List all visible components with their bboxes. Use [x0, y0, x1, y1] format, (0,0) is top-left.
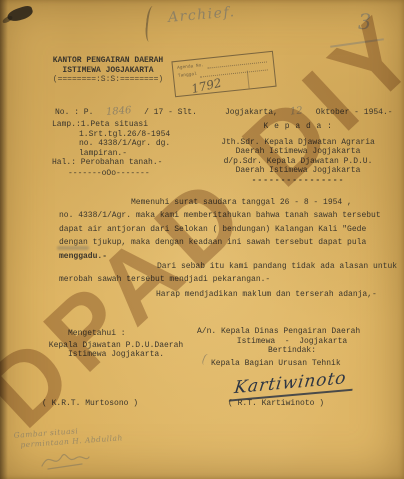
left-signature-block: Mengetahui : Kepala Djawatan P.D.U.Daera… — [40, 329, 192, 360]
right-sign-line3: Bertindak: — [197, 346, 387, 356]
letterhead-office-line2: ISTIMEWA JOGJAKARTA — [50, 66, 166, 76]
body-paragraph-2: Dari sebab itu kami pandang tidak ada al… — [59, 260, 385, 287]
pencil-line — [330, 38, 384, 47]
left-sign-line2: Istimewa Jogjakarta. — [40, 350, 192, 360]
right-sign-line4: Kepala Bagian Urusan Tehnik — [197, 359, 387, 369]
lamp-line4: lampiran.- — [52, 149, 170, 159]
pencil-smudge — [57, 246, 89, 250]
lamp-line2: 1.Srt.tgl.26/8-1954 — [52, 130, 170, 140]
reference-number-handwriting: 1846 — [106, 105, 132, 118]
body-p1-line4: dengan tjukup, maka dengan keadaan ini s… — [59, 236, 385, 249]
right-sign-line2: Istimewa - Jogjakarta — [197, 337, 387, 347]
date-line: Jogjakarta, 12 Oktober - 1954.- — [225, 101, 393, 119]
reference-suffix: / 17 - Slt. — [144, 108, 197, 117]
reference-label: No. : P. — [55, 108, 93, 117]
recipient-heading: K e p a d a : — [213, 122, 383, 132]
body-p1-line2: no. 4338/1/Agr. maka kami memberitahukan… — [59, 209, 385, 222]
recipient-line1: Jth.Sdr. Kepala Djawatan Agraria — [213, 138, 383, 148]
page-number-handwriting: 3 — [358, 10, 371, 34]
recipient-line3: d/p.Sdr. Kepala Djawatan P.D.U. — [213, 157, 383, 167]
stamp-date-label: Tanggal — [178, 71, 198, 81]
right-signature-block: A/n. Kepala Dinas Pengairan Daerah Istim… — [197, 327, 387, 396]
letterhead-office-line1: KANTOR PENGAIRAN DAERAH — [50, 56, 166, 66]
stamp-date-line — [200, 68, 268, 77]
left-sign-line1: Kepala Djawatan P.D.U.Daerah — [40, 341, 192, 351]
body-paragraph-1: Memenuhi surat saudara tanggal 26 - 8 - … — [59, 196, 385, 263]
left-sign-heading: Mengetahui : — [40, 329, 192, 339]
recipient-line4: Daerah Istimewa Jogjakarta — [213, 166, 383, 176]
letterhead: KANTOR PENGAIRAN DAERAH ISTIMEWA JOGJAKA… — [50, 56, 166, 85]
pen-stroke-mark — [144, 6, 159, 43]
left-signer-name: ( K.R.T. Murtosono ) — [42, 399, 138, 409]
pencil-note: Gambar situasi permintaan H. Abdullah — [13, 423, 123, 451]
date-day-handwriting: 12 — [290, 105, 304, 117]
date-city: Jogjakarta, — [225, 108, 278, 117]
right-signer-name: ( R.T. Kartiwinoto ) — [228, 399, 324, 409]
pencil-scribble — [38, 448, 92, 472]
recipient-underline: ---------------- — [213, 176, 383, 186]
recipient-line2: Daerah Istimewa Jogjakarta — [213, 147, 383, 157]
reference-line: No. : P. 1846 / 17 - Slt. — [55, 101, 197, 119]
attachment-block: Lamp.:1.Peta situasi 1.Srt.tgl.26/8-1954… — [52, 120, 170, 158]
body-paragraph-3: Harap mendjadikan maklum dan terserah ad… — [59, 288, 377, 301]
divider-ooo: -------oOo------- — [68, 169, 150, 179]
registration-stamp: Agenda No. Tanggal 1792 — [171, 51, 276, 97]
lamp-line3: no. 4338/1/Agr. dg. — [52, 139, 170, 149]
signature-handwriting: Kartiwinoto — [229, 368, 356, 402]
body-p1-line3: dapat air antjoran dari Selokan ( bendun… — [59, 223, 385, 236]
lamp-line1: Lamp.:1.Peta situasi — [52, 120, 170, 130]
archive-note-handwriting: Archief. — [167, 4, 236, 26]
body-p1-line1: Memenuhi surat saudara tanggal 26 - 8 - … — [59, 196, 385, 209]
right-sign-line1: A/n. Kepala Dinas Pengairan Daerah — [197, 327, 387, 337]
document-page: DPAD DIY Archief. 3 KANTOR PENGAIRAN DAE… — [0, 0, 404, 479]
letterhead-rule: (========:S:S:========) — [50, 75, 166, 85]
subject-line: Hal.: Perobahan tanah.- — [52, 158, 162, 168]
recipient-block: K e p a d a : Jth.Sdr. Kepala Djawatan A… — [213, 122, 383, 186]
date-rest: Oktober - 1954.- — [316, 108, 393, 117]
body-p2-line2: merobah sawah tersebut mendjadi pekarang… — [59, 273, 385, 286]
body-p2-line1: Dari sebab itu kami pandang tidak ada al… — [59, 260, 385, 273]
